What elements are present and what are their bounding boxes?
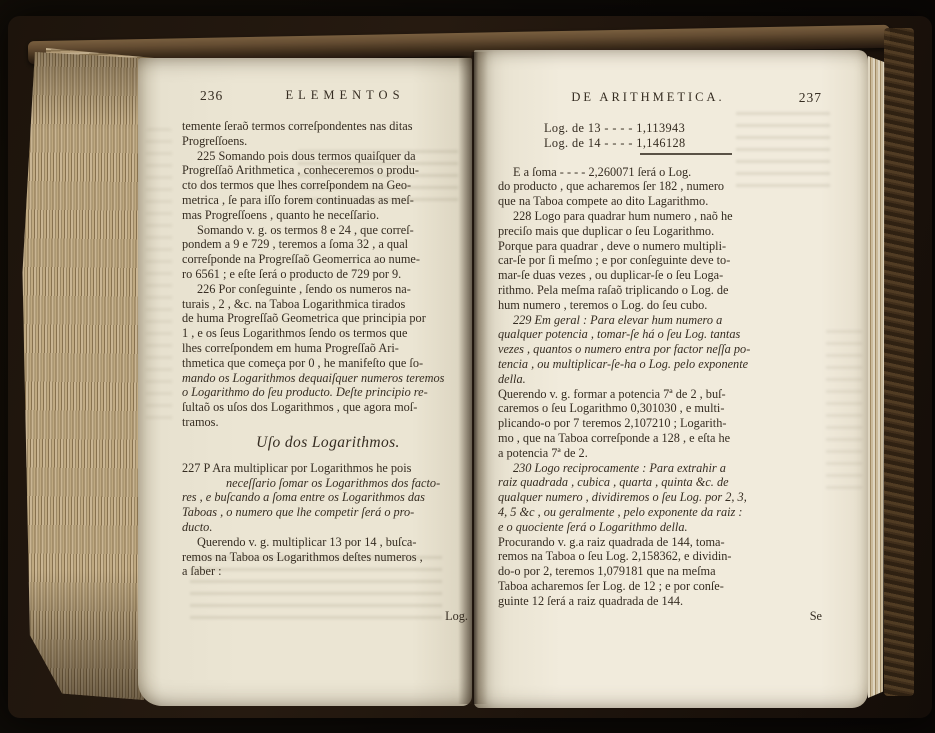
text-line: Porque para quadrar , deve o numero mult… [498,239,828,254]
text-line: hum numero , teremos o Log. do ſeu cubo. [498,298,828,313]
text-line: Querendo v. g. multiplicar 13 por 14 , b… [182,535,474,550]
text-line: tramos. [182,415,474,430]
text-line: lhes correſpondem em huma Progreſſaõ Ari… [182,341,474,356]
text-line: turais , 2 , &c. na Taboa Logarithmica t… [182,297,474,312]
show-through-smudge [736,110,830,196]
right-page-header: DE ARITHMETICA. 237 [498,90,828,108]
text-line: thmetica que começa por 0 , he manifeſto… [182,356,474,371]
text-line: que na Taboa compete ao dito Lagarithmo. [498,194,828,209]
left-running-title: ELEMENTOS [182,88,474,103]
text-line: 4, 5 &c , ou geralmente , pelo exponente… [498,505,828,520]
book-cover-right-edge [884,28,914,696]
text-line: res , e buſcando a ſoma entre os Logarit… [182,490,474,505]
text-line: mo , que na Taboa correſponde a 128 , e … [498,431,828,446]
text-line: guinte 12 ſerá a raiz quadrada de 144. [498,594,828,609]
page-edges-right-stack [868,56,885,698]
text-line: ro 6561 ; e eſte ſerá o producto de 729 … [182,267,474,282]
text-line: Taboas , o numero que lhe competir ſerá … [182,505,474,520]
show-through-smudge [298,146,458,210]
book-gutter [458,52,488,704]
text-line: pondem a 9 e 729 , teremos a ſoma 32 , a… [182,237,474,252]
text-line: car-ſe por ſi meſmo ; e por conſeguinte … [498,253,828,268]
text-line: ſultaõ os uſos dos Logarithmos , que ago… [182,400,474,415]
text-line: caremos o ſeu Logarithmo 0,301030 , e mu… [498,401,828,416]
text-line: o Logarithmo do ſeu producto. Deſte prin… [182,385,474,400]
text-line: vezes , quantos o numero entra por facto… [498,342,828,357]
left-page-header: 236 ELEMENTOS [182,88,474,106]
text-line: Uſo dos Logarithmos. [182,434,474,452]
text-line: mas Progreſſoens , quanto he neceſſario. [182,208,474,223]
text-line: 1 , e os ſeus Logarithmos ſendo os termo… [182,326,474,341]
text-line: 228 Logo para quadrar hum numero , naõ h… [498,209,828,224]
text-line: della. [498,372,828,387]
text-line: Se [498,609,828,624]
text-line: qualquer potencia , tomar-ſe há o ſeu Lo… [498,327,828,342]
page-edges-left-stack [20,52,144,700]
show-through-smudge [826,328,862,498]
right-page: DE ARITHMETICA. 237 Log. de 13 - - - - 1… [474,50,868,708]
text-line: neceſſario ſomar os Logarithmos dos fact… [182,476,474,491]
left-page: 236 ELEMENTOS temente ſeraõ termos corre… [138,58,472,706]
text-line: temente ſeraõ termos correſpondentes nas… [182,119,474,134]
text-line: preciſo mais que duplicar o ſeu Logarith… [498,224,828,239]
right-page-lines: Log. de 13 - - - - 1,113943Log. de 14 - … [498,121,828,623]
text-line: Taboa acharemos ſer Log. de 12 ; e por c… [498,579,828,594]
right-page-number: 237 [799,90,822,106]
text-line: 226 Por conſeguinte , ſendo os numeros n… [182,282,474,297]
text-line: do-o por 2, teremos 1,079181 que na meſm… [498,564,828,579]
text-line: e o quociente ſerá o Logarithmo della. [498,520,828,535]
text-line: remos na Taboa o ſeu Log. 2,158362, e di… [498,549,828,564]
text-line: de huma Progreſſaõ Geometrica que princi… [182,311,474,326]
text-line: ducto. [182,520,474,535]
right-running-title: DE ARITHMETICA. [498,90,828,105]
text-line: 229 Em geral : Para elevar hum numero a [498,313,828,328]
book-photograph: 236 ELEMENTOS temente ſeraõ termos corre… [0,0,935,733]
text-line: Somando v. g. os termos 8 e 24 , que cor… [182,223,474,238]
show-through-smudge [190,552,442,628]
text-line: plicando-o por 7 teremos 2,107210 ; Loga… [498,416,828,431]
text-line: 230 Logo reciprocamente : Para extrahir … [498,461,828,476]
text-line: rithmo. Pela meſma raſaõ triplicando o L… [498,283,828,298]
text-line: tencia , ou multiplicar-ſe-ha o Log. pel… [498,357,828,372]
text-line: qualquer numero , dividiremos o ſeu Log.… [498,490,828,505]
text-line: mar-ſe duas vezes , ou duplicar-ſe o ſeu… [498,268,828,283]
text-line: mando os Logarithmos dequaiſquer numeros… [182,371,474,386]
text-line: correſponde na Progreſſaõ Geomerrica ao … [182,252,474,267]
text-line: raiz quadrada , cubica , quarta , quinta… [498,475,828,490]
text-line: Procurando v. g.a raiz quadrada de 144, … [498,535,828,550]
text-line: a potencia 7ª de 2. [498,446,828,461]
show-through-smudge [146,128,172,428]
text-line: 227 P Ara multiplicar por Logarithmos he… [182,461,474,476]
text-line: Querendo v. g. formar a potencia 7ª de 2… [498,387,828,402]
